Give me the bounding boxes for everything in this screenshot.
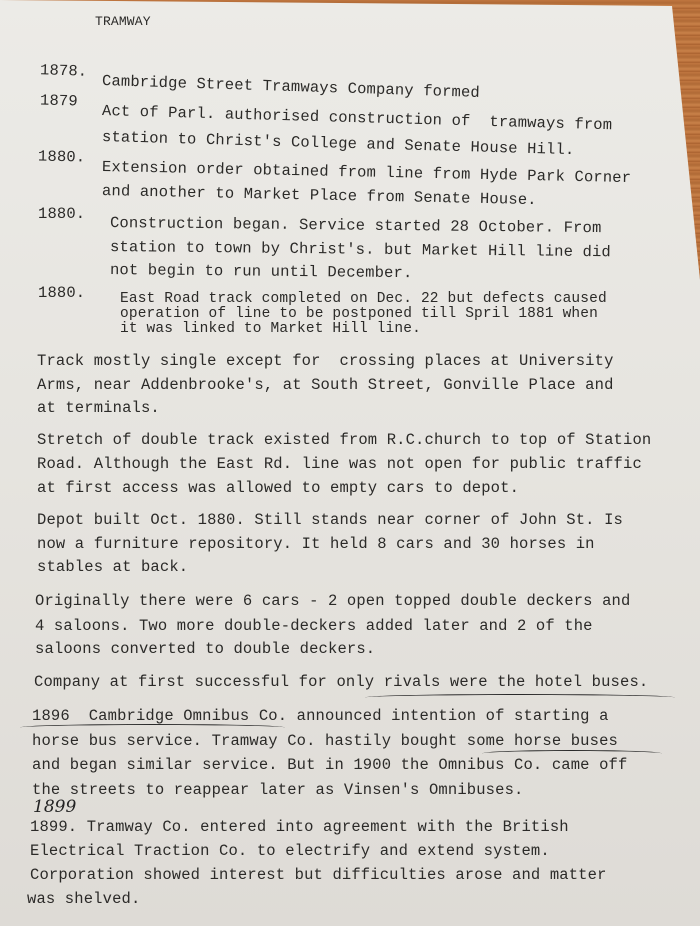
paragraph-line: Track mostly single except for crossing … [37, 352, 614, 370]
entry-text: operation of line to be postponed till S… [120, 306, 598, 322]
entry-text: it was linked to Market Hill line. [120, 321, 421, 337]
paragraph-line: Arms, near Addenbrooke's, at South Stree… [37, 376, 614, 394]
paragraph-line: and began similar service. But in 1900 t… [32, 756, 627, 774]
handwritten-year: 1899 [33, 797, 76, 817]
entry-year: 1878. [40, 61, 88, 80]
paragraph-line: 4 saloons. Two more double-deckers added… [35, 617, 593, 635]
paragraph-line: at terminals. [37, 399, 160, 417]
entry-text: Cambridge Street Tramways Company formed [102, 72, 480, 102]
paragraph-line: Depot built Oct. 1880. Still stands near… [37, 511, 623, 529]
entry-text: Construction began. Service started 28 O… [110, 214, 602, 237]
entry-year: 1880. [38, 148, 86, 167]
paragraph-line: Corporation showed interest but difficul… [30, 866, 607, 884]
paragraph-line: Road. Although the East Rd. line was not… [37, 455, 642, 473]
paragraph-line: 1899. Tramway Co. entered into agreement… [30, 818, 569, 836]
paragraph-line: was shelved. [27, 890, 140, 908]
entry-text: East Road track completed on Dec. 22 but… [120, 291, 607, 307]
entry-year: 1879 [40, 92, 78, 111]
entry-text: station to town by Christ's. but Market … [110, 238, 611, 261]
paragraph-line: stables at back. [37, 558, 188, 576]
paragraph-line: Company at first successful for only riv… [34, 673, 648, 691]
entry-text: not begin to run until December. [110, 261, 413, 282]
entry-text: station to Christ's College and Senate H… [102, 128, 575, 159]
paragraph-line: now a furniture repository. It held 8 ca… [37, 535, 595, 553]
entry-year: 1880. [38, 284, 85, 302]
handwritten-underline [20, 724, 285, 731]
paragraph-line: saloons converted to double deckers. [35, 640, 375, 658]
paragraph-line: horse bus service. Tramway Co. hastily b… [32, 732, 618, 750]
paragraph-line: 1896 Cambridge Omnibus Co. announced int… [32, 707, 609, 725]
paragraph-line: the streets to reappear later as Vinsen'… [32, 781, 523, 799]
paragraph-line: at first access was allowed to empty car… [37, 479, 519, 497]
entry-text: and another to Market Place from Senate … [102, 182, 537, 209]
paragraph-line: Originally there were 6 cars - 2 open to… [35, 592, 630, 610]
typed-page: TRAMWAY 1878. Cambridge Street Tramways … [0, 0, 700, 926]
page-heading: TRAMWAY [95, 14, 151, 29]
paragraph-line: Electrical Traction Co. to electrify and… [30, 842, 550, 860]
entry-year: 1880. [38, 205, 85, 223]
paragraph-line: Stretch of double track existed from R.C… [37, 431, 651, 449]
handwritten-underline [365, 694, 675, 701]
